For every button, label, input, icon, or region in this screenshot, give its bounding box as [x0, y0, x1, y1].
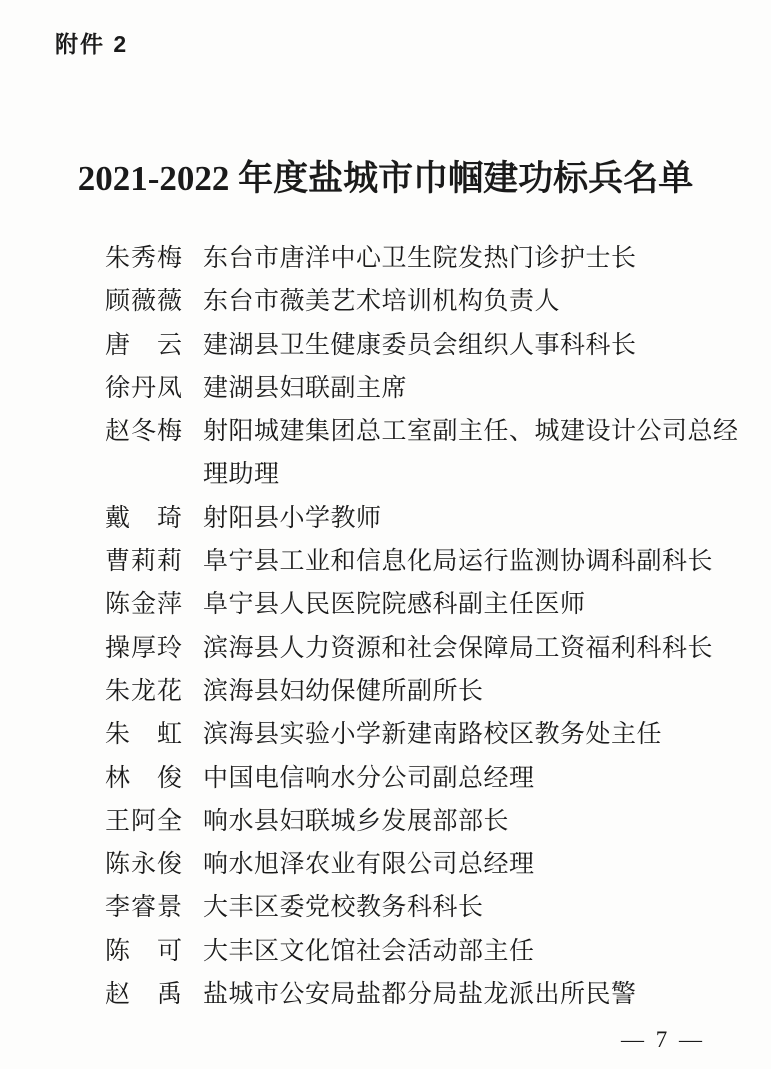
person-title: 盐城市公安局盐都分局盐龙派出所民警 — [203, 973, 637, 1016]
person-title: 响水县妇联城乡发展部部长 — [203, 800, 509, 843]
person-title: 东台市唐洋中心卫生院发热门诊护士长 — [203, 237, 637, 280]
person-name: 朱龙花 — [105, 670, 183, 713]
person-name: 朱 虹 — [105, 713, 183, 756]
list-item: 朱秀梅 东台市唐洋中心卫生院发热门诊护士长 — [105, 237, 745, 280]
person-title: 滨海县妇幼保健所副所长 — [203, 670, 484, 713]
list-item: 顾薇薇 东台市薇美艺术培训机构负责人 — [105, 280, 745, 323]
list-item: 朱 虹 滨海县实验小学新建南路校区教务处主任 — [105, 713, 745, 756]
list-item: 陈永俊 响水旭泽农业有限公司总经理 — [105, 843, 745, 886]
person-name: 曹莉莉 — [105, 540, 183, 583]
awardee-list: 朱秀梅 东台市唐洋中心卫生院发热门诊护士长 顾薇薇 东台市薇美艺术培训机构负责人… — [105, 237, 745, 1016]
person-title: 中国电信响水分公司副总经理 — [203, 757, 535, 800]
list-item: 操厚玲 滨海县人力资源和社会保障局工资福利科科长 — [105, 627, 745, 670]
person-name: 戴 琦 — [105, 497, 183, 540]
person-name: 徐丹凤 — [105, 367, 183, 410]
list-item: 王阿全 响水县妇联城乡发展部部长 — [105, 800, 745, 843]
page-title: 2021-2022 年度盐城市巾帼建功标兵名单 — [0, 151, 771, 201]
page-number: — 7 — — [621, 1027, 705, 1053]
person-title: 滨海县实验小学新建南路校区教务处主任 — [203, 713, 662, 756]
person-title: 响水旭泽农业有限公司总经理 — [203, 843, 535, 886]
person-name: 陈 可 — [105, 930, 183, 973]
list-item: 赵 禹 盐城市公安局盐都分局盐龙派出所民警 — [105, 973, 745, 1016]
list-item: 徐丹凤 建湖县妇联副主席 — [105, 367, 745, 410]
person-name: 王阿全 — [105, 800, 183, 843]
person-name: 顾薇薇 — [105, 280, 183, 323]
person-name: 赵 禹 — [105, 973, 183, 1016]
person-title: 东台市薇美艺术培训机构负责人 — [203, 280, 560, 323]
list-item: 林 俊 中国电信响水分公司副总经理 — [105, 757, 745, 800]
document-page: 附件 2 2021-2022 年度盐城市巾帼建功标兵名单 朱秀梅 东台市唐洋中心… — [0, 0, 771, 1069]
person-name: 唐 云 — [105, 324, 183, 367]
person-title: 滨海县人力资源和社会保障局工资福利科科长 — [203, 627, 713, 670]
person-title: 阜宁县人民医院院感科副主任医师 — [203, 583, 586, 626]
person-name: 操厚玲 — [105, 627, 183, 670]
list-item: 唐 云 建湖县卫生健康委员会组织人事科科长 — [105, 324, 745, 367]
person-title: 射阳县小学教师 — [203, 497, 382, 540]
person-title: 大丰区文化馆社会活动部主任 — [203, 930, 535, 973]
person-title: 阜宁县工业和信息化局运行监测协调科副科长 — [203, 540, 713, 583]
person-title: 大丰区委党校教务科科长 — [203, 886, 484, 929]
list-item: 李睿景 大丰区委党校教务科科长 — [105, 886, 745, 929]
person-name: 林 俊 — [105, 757, 183, 800]
person-title: 射阳城建集团总工室副主任、城建设计公司总经理助理 — [203, 410, 745, 497]
list-item: 赵冬梅 射阳城建集团总工室副主任、城建设计公司总经理助理 — [105, 410, 745, 497]
person-title: 建湖县妇联副主席 — [203, 367, 407, 410]
list-item: 陈金萍 阜宁县人民医院院感科副主任医师 — [105, 583, 745, 626]
list-item: 陈 可 大丰区文化馆社会活动部主任 — [105, 930, 745, 973]
person-name: 朱秀梅 — [105, 237, 183, 280]
person-name: 赵冬梅 — [105, 410, 183, 453]
person-name: 陈永俊 — [105, 843, 183, 886]
person-name: 李睿景 — [105, 886, 183, 929]
list-item: 曹莉莉 阜宁县工业和信息化局运行监测协调科副科长 — [105, 540, 745, 583]
person-title: 建湖县卫生健康委员会组织人事科科长 — [203, 324, 637, 367]
list-item: 朱龙花 滨海县妇幼保健所副所长 — [105, 670, 745, 713]
person-name: 陈金萍 — [105, 583, 183, 626]
attachment-label: 附件 2 — [55, 26, 128, 59]
list-item: 戴 琦 射阳县小学教师 — [105, 497, 745, 540]
